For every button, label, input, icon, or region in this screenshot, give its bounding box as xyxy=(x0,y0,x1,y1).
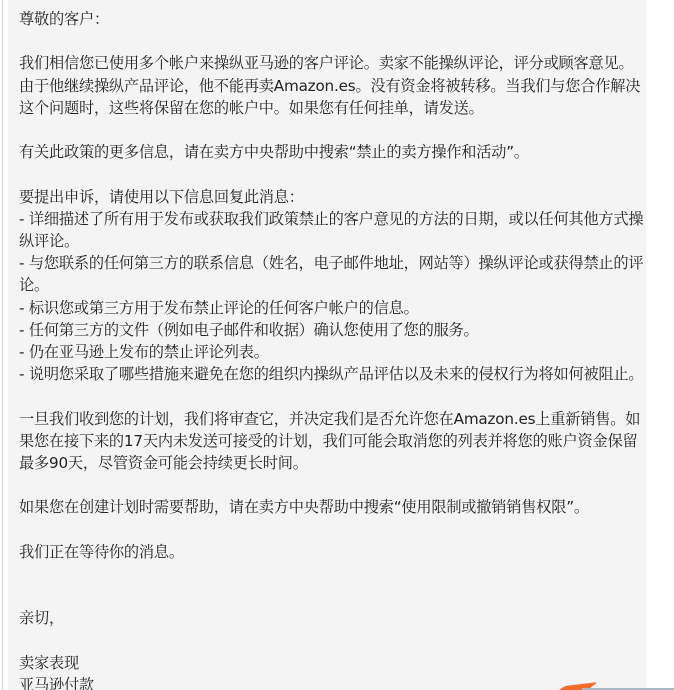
appeal-item: - 说明您采取了哪些措施来避免在您的组织内操纵产品评估以及未来的侵权行为将如何被… xyxy=(19,363,644,385)
spacer xyxy=(19,519,644,541)
appeal-intro: 要提出申诉，请使用以下信息回复此消息： xyxy=(19,186,644,208)
message-body: 尊敬的客户： 我们相信您已使用多个帐户来操纵亚马逊的客户评论。卖家不能操纵评论，… xyxy=(19,8,644,690)
paragraph-review-plan: 一旦我们收到您的计划，我们将审查它，并决定我们是否允许您在Amazon.es上重… xyxy=(19,408,644,475)
appeal-item: - 与您联系的任何第三方的联系信息（姓名，电子邮件地址，网站等）操纵评论或获得禁… xyxy=(19,252,644,296)
paragraph-violation: 我们相信您已使用多个帐户来操纵亚马逊的客户评论。卖家不能操纵评论，评分或顾客意见… xyxy=(19,52,644,119)
appeal-item: - 仍在亚马逊上发布的禁止评论列表。 xyxy=(19,341,644,363)
spacer xyxy=(19,563,644,607)
appeal-item: - 详细描述了所有用于发布或获取我们政策禁止的客户意见的方法的日期，或以任何其他… xyxy=(19,208,644,252)
paragraph-policy-info: 有关此政策的更多信息，请在卖方中央帮助中搜索“禁止的卖方操作和活动”。 xyxy=(19,141,644,163)
appeal-item: - 任何第三方的文件（例如电子邮件和收据）确认您使用了您的服务。 xyxy=(19,319,644,341)
spacer xyxy=(19,30,644,52)
signature-line-2: 亚马逊付款 xyxy=(19,674,644,690)
greeting: 尊敬的客户： xyxy=(19,8,644,30)
message-panel: 尊敬的客户： 我们相信您已使用多个帐户来操纵亚马逊的客户评论。卖家不能操纵评论，… xyxy=(8,0,646,690)
spacer xyxy=(19,119,644,141)
closing: 亲切， xyxy=(19,607,644,629)
spacer xyxy=(19,474,644,496)
paragraph-waiting: 我们正在等待你的消息。 xyxy=(19,541,644,563)
appeal-item: - 标识您或第三方用于发布禁止评论的任何客户帐户的信息。 xyxy=(19,297,644,319)
spacer xyxy=(19,630,644,652)
spacer xyxy=(19,385,644,407)
signature-line-1: 卖家表现 xyxy=(19,652,644,674)
paragraph-help: 如果您在创建计划时需要帮助，请在卖方中央帮助中搜索“使用限制或撤销销售权限”。 xyxy=(19,496,644,518)
spacer xyxy=(19,163,644,185)
left-border-rule xyxy=(2,0,3,690)
